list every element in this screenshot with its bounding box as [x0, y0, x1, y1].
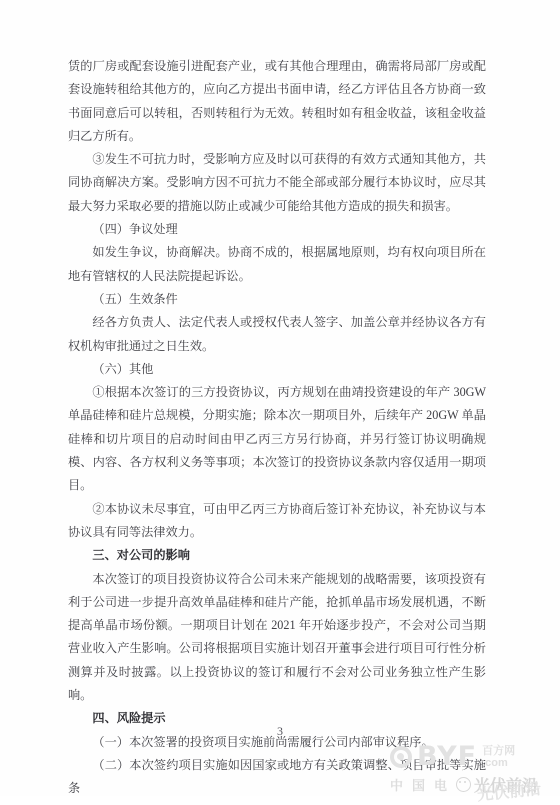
watermark: BYF 百方网 .com 中国电 光伏前沿 光伏前沿 [390, 744, 560, 796]
watermark-domain-suffix: .com [482, 757, 515, 769]
watermark-tagline-row: 中国电 光伏前沿 光伏前沿 [390, 773, 560, 796]
watermark-brand-row: BYF 百方网 .com [390, 744, 560, 770]
subsection-heading: （四）争议处理 [68, 218, 486, 241]
subsection-heading: （六）其他 [68, 358, 486, 381]
watermark-stamp: 光伏前沿 光伏前沿 [474, 773, 538, 796]
paragraph: 赁的厂房或配套设施引进配套产业，或有其他合理理由，确需将局部厂房或配套设施转租给… [68, 55, 486, 148]
watermark-tagline: 中国电 [390, 775, 456, 794]
paragraph: 本次签订的项目投资协议符合公司未来产能规划的战略需要，该项投资有利于公司进一步提… [68, 568, 486, 708]
paragraph: ③发生不可抗力时，受影响方应及时以可获得的有效方式通知其他方，共同协商解决方案。… [68, 148, 486, 218]
document-page: 赁的厂房或配套设施引进配套产业，或有其他合理理由，确需将局部厂房或配套设施转租给… [0, 0, 560, 796]
watermark-site-name: 百方网 [482, 745, 515, 757]
subsection-heading: （五）生效条件 [68, 288, 486, 311]
watermark-site-block: 百方网 .com [482, 745, 515, 769]
watermark-brand-text: BYF [417, 744, 477, 770]
smiley-icon [456, 777, 471, 792]
byf-logo-icon [390, 746, 412, 768]
paragraph: ②本协议未尽事宜，可由甲乙丙三方协商后签订补充协议，补充协议与本协议具有同等法律… [68, 498, 486, 545]
paragraph: ①根据本次签订的三方投资协议，丙方规划在曲靖投资建设的年产 30GW 单晶硅棒和… [68, 381, 486, 497]
section-heading: 三、对公司的影响 [68, 544, 486, 567]
page-number: 3 [0, 724, 560, 739]
paragraph: 如发生争议，协商解决。协商不成的，根据属地原则，均有权向项目所在地有管辖权的人民… [68, 241, 486, 288]
paragraph: 经各方负责人、法定代表人或授权代表人签字、加盖公章并经协议各方有权机构审批通过之… [68, 311, 486, 358]
document-content: 赁的厂房或配套设施引进配套产业，或有其他合理理由，确需将局部厂房或配套设施转租给… [68, 55, 486, 796]
